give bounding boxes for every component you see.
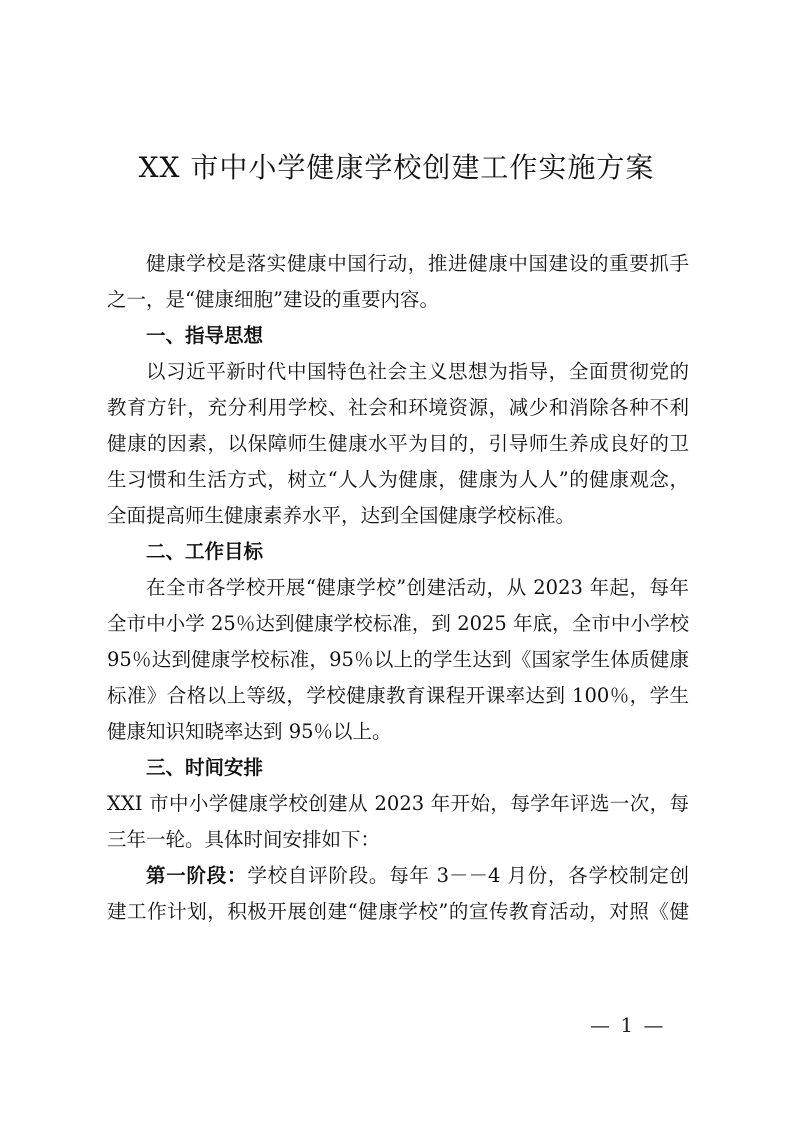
- phase-1-line-2: 建工作计划，积极开展创建“健康学校”的宣传教育活动，对照《健: [107, 894, 689, 930]
- paragraph-line: 以习近平新时代中国特色社会主义思想为指导，全面贯彻党的: [107, 354, 689, 390]
- intro-line-2: 之一，是“健康细胞”建设的重要内容。: [107, 282, 689, 318]
- page-number: — 1 —: [590, 1013, 665, 1037]
- paragraph-line: 教育方针，充分利用学校、社会和环境资源，减少和消除各种不利: [107, 390, 689, 426]
- document-title: XX 市中小学健康学校创建工作实施方案: [0, 146, 793, 186]
- document-page: XX 市中小学健康学校创建工作实施方案 健康学校是落实健康中国行动，推进健康中国…: [0, 0, 793, 1122]
- phase-1-line-1: 第一阶段：学校自评阶段。每年 3－－4 月份，各学校制定创: [107, 858, 689, 894]
- paragraph-line: 生习惯和生活方式，树立“人人为健康，健康为人人”的健康观念，: [107, 462, 689, 498]
- paragraph-line: 95％达到健康学校标准，95％以上的学生达到《国家学生体质健康: [107, 642, 689, 678]
- paragraph-line: 在全市各学校开展“健康学校”创建活动，从 2023 年起，每年: [107, 570, 689, 606]
- paragraph-line: 全市中小学 25％达到健康学校标准，到 2025 年底，全市中小学校: [107, 606, 689, 642]
- section-heading-guiding-ideology: 一、指导思想: [107, 318, 689, 354]
- paragraph-line: 全面提高师生健康素养水平，达到全国健康学校标准。: [107, 498, 689, 534]
- phase-1-text: 学校自评阶段。每年 3－－4 月份，各学校制定创: [247, 864, 689, 887]
- intro-line-1: 健康学校是落实健康中国行动，推进健康中国建设的重要抓手: [107, 246, 689, 282]
- paragraph-line: XXI 市中小学健康学校创建从 2023 年开始，每学年评选一次，每: [107, 786, 689, 822]
- paragraph-line: 三年一轮。具体时间安排如下：: [107, 822, 689, 858]
- phase-1-label: 第一阶段：: [146, 864, 247, 887]
- document-body: 健康学校是落实健康中国行动，推进健康中国建设的重要抓手 之一，是“健康细胞”建设…: [107, 246, 689, 930]
- section-heading-schedule: 三、时间安排: [107, 750, 689, 786]
- paragraph-line: 健康的因素，以保障师生健康水平为目的，引导师生养成良好的卫: [107, 426, 689, 462]
- paragraph-line: 健康知识知晓率达到 95％以上。: [107, 714, 689, 750]
- paragraph-line: 标准》合格以上等级，学校健康教育课程开课率达到 100％，学生: [107, 678, 689, 714]
- section-heading-work-goals: 二、工作目标: [107, 534, 689, 570]
